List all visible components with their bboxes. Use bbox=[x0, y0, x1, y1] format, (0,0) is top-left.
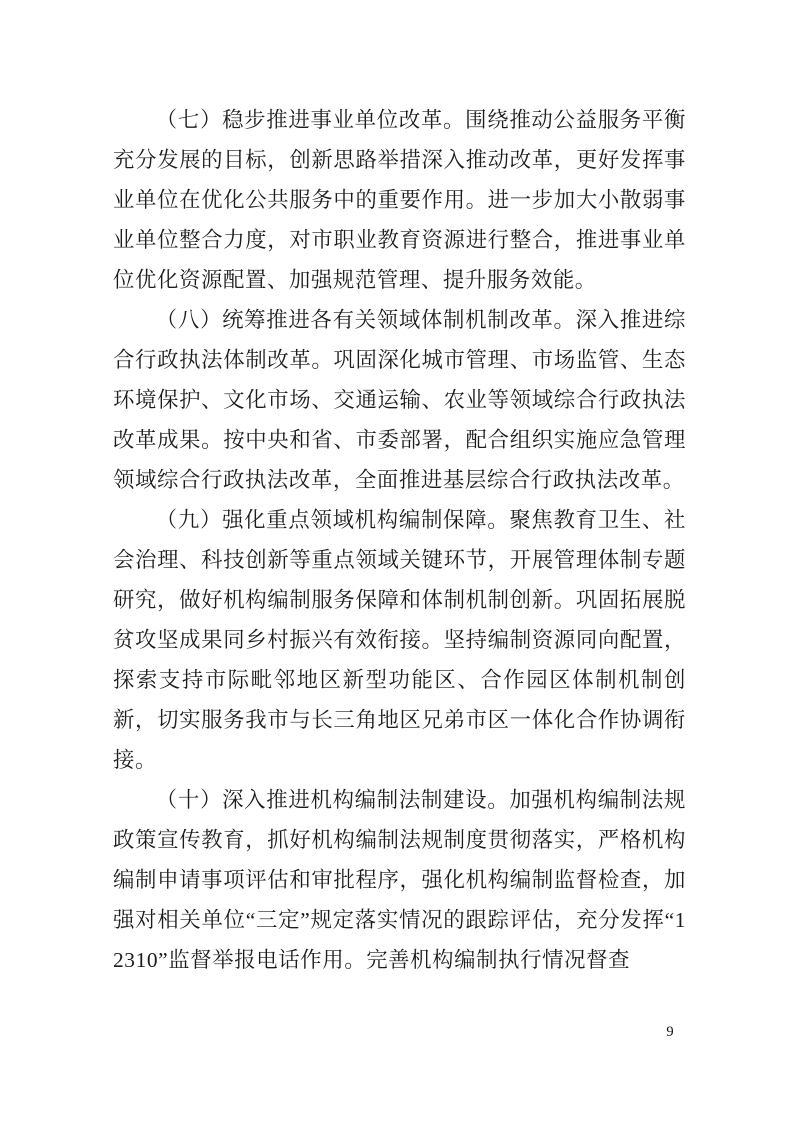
document-page: （七）稳步推进事业单位改革。围绕推动公益服务平衡充分发展的目标，创新思路举措深入… bbox=[0, 0, 793, 1122]
document-body: （七）稳步推进事业单位改革。围绕推动公益服务平衡充分发展的目标，创新思路举措深入… bbox=[113, 100, 686, 980]
page-number: 9 bbox=[660, 1022, 680, 1042]
paragraph-10: （十）深入推进机构编制法制建设。加强机构编制法规政策宣传教育，抓好机构编制法规制… bbox=[113, 780, 686, 980]
paragraph-7: （七）稳步推进事业单位改革。围绕推动公益服务平衡充分发展的目标，创新思路举措深入… bbox=[113, 100, 686, 300]
paragraph-8: （八）统筹推进各有关领域体制机制改革。深入推进综合行政执法体制改革。巩固深化城市… bbox=[113, 300, 686, 500]
paragraph-9: （九）强化重点领域机构编制保障。聚焦教育卫生、社会治理、科技创新等重点领域关键环… bbox=[113, 500, 686, 780]
